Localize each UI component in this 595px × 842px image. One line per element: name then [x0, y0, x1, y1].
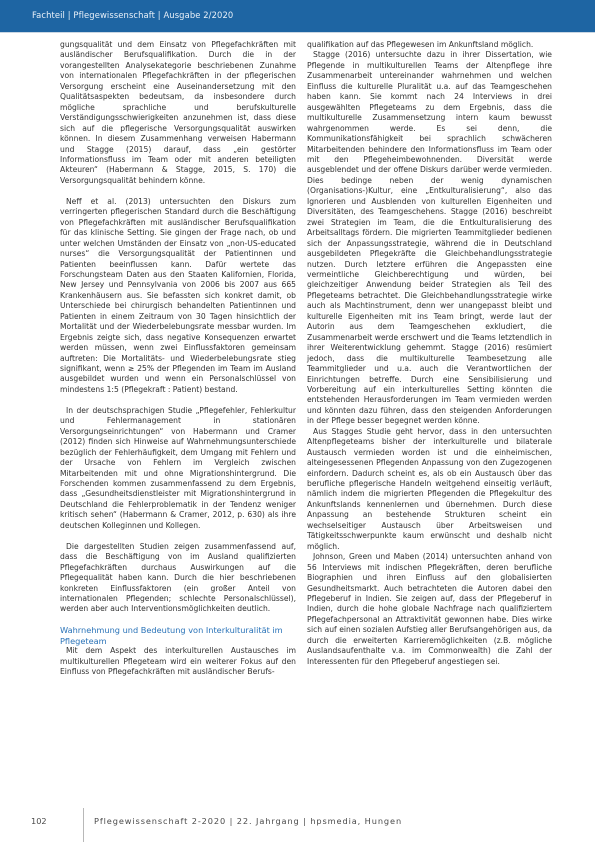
running-title: Fachteil | Pflegewissenschaft | Ausgabe …: [32, 10, 233, 20]
paragraph: Stagge (2016) untersuchte dazu in ihrer …: [307, 50, 552, 426]
header-bar: Fachteil | Pflegewissenschaft | Ausgabe …: [0, 0, 595, 33]
left-column: gungsqualität und dem Einsatz von Pflege…: [60, 40, 296, 678]
paragraph: Aus Stagges Studie geht hervor, dass in …: [307, 427, 552, 552]
paragraph: Mit dem Aspekt des interkulturellen Aust…: [60, 646, 296, 677]
journal-info: Pflegewissenschaft 2-2020 | 22. Jahrgang…: [94, 816, 402, 826]
footer-divider: [83, 808, 84, 842]
paragraph: qualifikation auf das Pflegewesen im Ank…: [307, 40, 552, 50]
page-number: 102: [31, 816, 47, 826]
paragraph: Die dargestellten Studien zeigen zusamme…: [60, 542, 296, 615]
paragraph: Neff et al. (2013) untersuchten den Disk…: [60, 197, 296, 396]
paragraph: In der deutschsprachigen Studie „Pflegef…: [60, 406, 296, 531]
right-column: qualifikation auf das Pflegewesen im Ank…: [307, 40, 552, 667]
section-heading: Wahrnehmung und Bedeutung von Interkultu…: [60, 625, 296, 646]
paragraph: Johnson, Green und Maben (2014) untersuc…: [307, 552, 552, 667]
paragraph: gungsqualität und dem Einsatz von Pflege…: [60, 40, 296, 186]
